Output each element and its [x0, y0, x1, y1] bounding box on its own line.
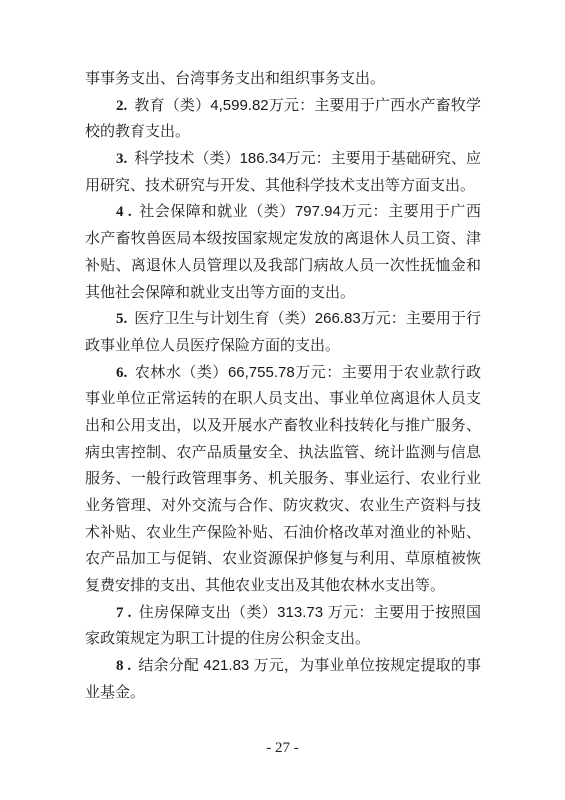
line-text: 科学技术（类）186.34万元：主要用于基础研究、应 [134, 150, 481, 167]
text-line: 8 .结余分配 421.83 万元，为事业单位按规定提取的事 [85, 653, 481, 680]
text-line: 事事务支出、台湾事务支出和组织事务支出。 [85, 66, 481, 93]
item-number: 7 . [116, 605, 131, 621]
text-line: 家政策规定为职工计提的住房公积金支出。 [85, 626, 481, 653]
text-line: 水产畜牧兽医局本级按国家规定发放的离退休人员工资、津 [85, 226, 481, 253]
text-line: 事业单位正常运转的在职人员支出、事业单位离退休人员支 [85, 386, 481, 413]
text-line: 病虫害控制、农产品质量安全、执法监管、统计监测与信息 [85, 440, 481, 467]
line-text: 住房保障支出（类）313.73 万元：主要用于按照国 [138, 604, 481, 621]
body-text: 事事务支出、台湾事务支出和组织事务支出。 2.教育（类）4,599.82万元：主… [85, 66, 481, 707]
text-line: 业基金。 [85, 680, 481, 707]
text-line: 补贴、离退休人员管理以及我部门病故人员一次性抚恤金和 [85, 253, 481, 280]
text-line: 其他社会保障和就业支出等方面的支出。 [85, 280, 481, 307]
text-line: 业务管理、对外交流与合作、防灾救灾、农业生产资料与技 [85, 493, 481, 520]
item-number: 5. [116, 311, 127, 327]
text-line: 校的教育支出。 [85, 119, 481, 146]
item-number: 4 . [116, 204, 132, 220]
line-text: 结余分配 421.83 万元，为事业单位按规定提取的事 [138, 657, 481, 674]
text-line: 6.农林水（类）66,755.78万元：主要用于农业款行政 [85, 360, 481, 387]
text-line: 7 .住房保障支出（类）313.73 万元：主要用于按照国 [85, 600, 481, 627]
page-number: - 27 - [0, 740, 565, 757]
line-text: 社会保障和就业（类）797.94万元：主要用于广西区 [85, 203, 481, 226]
line-text: 医疗卫生与计划生育（类）266.83万元：主要用于行 [134, 310, 481, 327]
item-number: 2. [116, 98, 127, 114]
line-text: 农林水（类）66,755.78万元：主要用于农业款行政 [134, 364, 481, 381]
text-line: 术补贴、农业生产保险补贴、石油价格改革对渔业的补贴、 [85, 520, 481, 547]
text-line: 农产品加工与促销、农业资源保护修复与利用、草原植被恢 [85, 546, 481, 573]
text-line: 服务、一般行政管理事务、机关服务、事业运行、农业行业 [85, 466, 481, 493]
item-number: 8 . [116, 658, 131, 674]
text-line: 复费安排的支出、其他农业支出及其他农林水支出等。 [85, 573, 481, 600]
text-line: 政事业单位人员医疗保险方面的支出。 [85, 333, 481, 360]
text-line: 3.科学技术（类）186.34万元：主要用于基础研究、应 [85, 146, 481, 173]
text-line: 出和公用支出，以及开展水产畜牧业科技转化与推广服务、 [85, 413, 481, 440]
text-line: 用研究、技术研究与开发、其他科学技术支出等方面支出。 [85, 173, 481, 200]
document-page: 事事务支出、台湾事务支出和组织事务支出。 2.教育（类）4,599.82万元：主… [0, 0, 565, 800]
text-line: 4 .社会保障和就业（类）797.94万元：主要用于广西区 [85, 199, 481, 226]
line-text: 教育（类）4,599.82万元：主要用于广西水产畜牧学 [134, 97, 481, 114]
item-number: 3. [116, 151, 127, 167]
text-line: 2.教育（类）4,599.82万元：主要用于广西水产畜牧学 [85, 93, 481, 120]
item-number: 6. [116, 365, 127, 381]
text-line: 5.医疗卫生与计划生育（类）266.83万元：主要用于行 [85, 306, 481, 333]
